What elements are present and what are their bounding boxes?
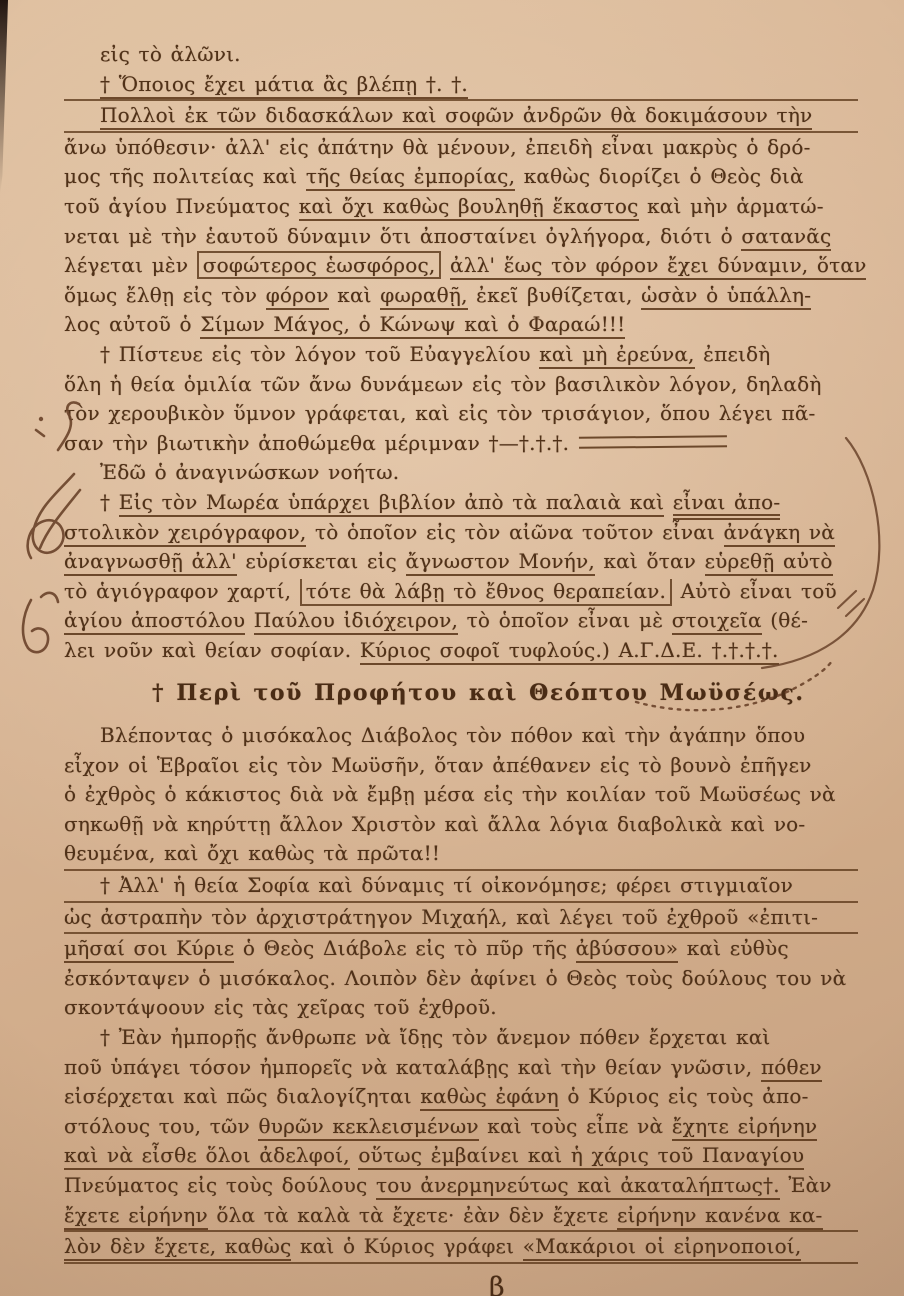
text-segment: Αὐτὸ εἶναι τοῦ (672, 579, 837, 603)
section-heading: † Περὶ τοῦ Προφήτου καὶ Θεόπτου Μωϋσέως. (64, 679, 858, 709)
annotated-text-segment: καὶ μὴ ἐρεύνα, (539, 342, 694, 369)
text-segment: τὸ ὁποῖον εἶναι μὲ (458, 608, 672, 632)
annotated-text-segment: του ἀνερμηνεύτως καὶ ἀκαταλήπτως†. (376, 1173, 780, 1200)
annotated-text-segment: στοιχεῖα (672, 608, 762, 635)
text-line: λος αὐτοῦ ὁ Σίμων Μάγος, ὁ Κώνωψ καὶ ὁ Φ… (64, 310, 858, 340)
text-segment: ὅλα τὰ καλὰ τὰ ἔχετε· ἐὰν δὲν ἔχετε (208, 1203, 617, 1227)
annotated-text-segment: Σίμων Μάγος, ὁ Κώνωψ καὶ ὁ Φαραώ!!! (200, 312, 625, 339)
text-segment: εἰς τὸ ἁλῶνι. (100, 42, 241, 66)
text-segment: (θέ- (762, 608, 808, 632)
text-line: νεται μὲ τὴν ἑαυτοῦ δύναμιν ὅτι ἀποσταίν… (64, 222, 858, 252)
text-line: θευμένα, καὶ ὄχι καθὼς τὰ πρῶτα!! (64, 839, 858, 869)
text-line: † Ὅποιος ἔχει μάτια ἂς βλέπῃ †. †. (64, 70, 858, 102)
text-segment: Ἐὰν (780, 1173, 832, 1197)
text-segment: εἶχον οἱ Ἑβραῖοι εἰς τὸν Μωϋσῆν, ὅταν ἀπ… (64, 753, 812, 777)
text-line: λὸν δὲν ἔχετε, καθὼς καὶ ὁ Κύριος γράφει… (64, 1232, 858, 1264)
text-line: † Ἐὰν ἠμπορῇς ἄνθρωπε νὰ ἴδῃς τὸν ἄνεμον… (64, 1023, 858, 1053)
text-segment: νεται μὲ τὴν ἑαυτοῦ δύναμιν ὅτι ἀποσταίν… (64, 224, 741, 248)
text-line: ἄνω ὑπόθεσιν· ἀλλ' εἰς ἀπάτην θὰ μένουν,… (64, 133, 858, 163)
text-segment: ὁ ἐχθρὸς ὁ κάκιστος διὰ νὰ ἔμβῃ μέσα εἰς… (64, 782, 836, 806)
annotated-text-segment: φωραθῇ, (380, 283, 467, 310)
text-segment (441, 253, 450, 277)
annotated-text-segment: λὸν δὲν ἔχετε, καθὼς (64, 1234, 291, 1261)
annotated-text-segment: εὑρεθῇ αὐτὸ (705, 549, 833, 576)
text-line: Πολλοὶ ἐκ τῶν διδασκάλων καὶ σοφῶν ἀνδρῶ… (64, 101, 858, 133)
text-line: σκοντάψοουν εἰς τὰς χεῖρας τοῦ ἐχθροῦ. (64, 993, 858, 1023)
text-segment: τὸν χερουβικὸν ὕμνον γράφεται, καὶ εἰς τ… (64, 401, 816, 425)
text-line: † Εἰς τὸν Μωρέα ὑπάρχει βιβλίον ἀπὸ τὰ π… (64, 488, 858, 518)
annotated-text-segment: ἔχητε εἰρήνην (672, 1114, 817, 1141)
text-segment: Ἐδῶ ὁ ἀναγινώσκων νοήτω. (100, 460, 399, 484)
text-segment: μος τῆς πολιτείας καὶ (64, 164, 306, 188)
annotated-text-segment: τότε θὰ λάβῃ τὸ ἔθνος θεραπείαν. (300, 579, 672, 606)
text-segment: εἰσέρχεται καὶ πῶς διαλογίζηται (64, 1084, 420, 1108)
text-segment: ποῦ ὑπάγει τόσον ἠμπορεῖς νὰ καταλάβῃς κ… (64, 1055, 761, 1079)
text-line: ὡς ἀστραπὴν τὸν ἀρχιστράτηγον Μιχαήλ, κα… (64, 903, 858, 935)
annotated-text-segment: φόρον (266, 283, 329, 310)
text-segment: τὸ ὁποῖον εἰς τὸν αἰῶνα τοῦτον εἶναι (306, 520, 723, 544)
annotated-text-segment: εἰρήνην κανένα κα- (617, 1203, 823, 1230)
annotated-text-segment: Πολλοὶ ἐκ τῶν διδασκάλων καὶ σοφῶν ἀνδρῶ… (100, 103, 812, 130)
text-segment: ἐκεῖ βυθίζεται, (468, 283, 641, 307)
annotated-text-segment: ἄγνωστον Μονήν, (406, 549, 595, 576)
text-line: † Πίστευε εἰς τὸν λόγον τοῦ Εὐαγγελίου κ… (64, 340, 858, 370)
text-segment: ὅμως ἔλθῃ εἰς τὸν (64, 283, 266, 307)
annotated-text-segment: «Μακάριοι οἱ εἰρηνοποιοί, (523, 1234, 802, 1261)
text-line: λει νοῦν καὶ θείαν σοφίαν. Κύριος σοφοῖ … (64, 636, 858, 666)
text-segment: ἐπειδὴ (695, 342, 771, 366)
text-segment: τὸ ἁγιόγραφον χαρτί, (64, 579, 300, 603)
text-segment: καὶ τοὺς εἶπε νὰ (479, 1114, 672, 1138)
annotated-text-segment: ὡσὰν ὁ ὑπάλλη- (641, 283, 811, 310)
text-segment: καὶ ὁ Κύριος γράφει (291, 1234, 522, 1258)
annotated-text-segment: ἀνάγκη νὰ (724, 520, 835, 547)
text-segment: εὑρίσκεται εἰς (237, 549, 406, 573)
text-segment: καὶ μὴν ἁρματώ- (639, 194, 824, 218)
text-line: ὅμως ἔλθῃ εἰς τὸν φόρον καὶ φωραθῇ, ἐκεῖ… (64, 281, 858, 311)
annotated-text-segment: Εἰς τὸν Μωρέα ὑπάρχει βιβλίον ἀπὸ τὰ παλ… (119, 490, 664, 517)
text-line: ὁ ἐχθρὸς ὁ κάκιστος διὰ νὰ ἔμβῃ μέσα εἰς… (64, 780, 858, 810)
text-segment: † Ἐὰν ἠμπορῇς ἄνθρωπε νὰ ἴδῃς τὸν ἄνεμον… (100, 1025, 770, 1049)
text-line: Πνεύματος εἰς τοὺς δούλους του ἀνερμηνεύ… (64, 1171, 858, 1201)
text-segment: λος αὐτοῦ ὁ (64, 312, 200, 336)
text-line: εἰσέρχεται καὶ πῶς διαλογίζηται καθὼς ἐφ… (64, 1082, 858, 1112)
text-segment: ὁ Κύριος εἰς τοὺς ἀπο- (559, 1084, 809, 1108)
text-segment: Πνεύματος εἰς τοὺς δούλους (64, 1173, 376, 1197)
text-segment: † Ἀλλ' ἡ θεία Σοφία καὶ δύναμις τί οἰκον… (100, 873, 793, 897)
text-line: ἔχετε εἰρήνην ὅλα τὰ καλὰ τὰ ἔχετε· ἐὰν … (64, 1201, 858, 1233)
text-line: εἶχον οἱ Ἑβραῖοι εἰς τὸν Μωϋσῆν, ὅταν ἀπ… (64, 751, 858, 781)
annotated-text-segment: ἀλλ' ἕως τὸν φόρον ἔχει δύναμιν, ὅταν (450, 253, 866, 280)
annotated-text-segment: στολικὸν χειρόγραφον, (64, 520, 306, 547)
text-segment: καθὼς διορίζει ὁ Θεὸς διὰ (515, 164, 804, 188)
text-segment: λέγεται μὲν (64, 253, 197, 277)
text-line: στόλους του, τῶν θυρῶν κεκλεισμένων καὶ … (64, 1112, 858, 1142)
text-segment: ἄνω ὑπόθεσιν· ἀλλ' εἰς ἀπάτην θὰ μένουν,… (64, 135, 811, 159)
text-segment: † Πίστευε εἰς τὸν λόγον τοῦ Εὐαγγελίου (100, 342, 539, 366)
annotated-text-segment: Παύλου ἰδιόχειρον, (254, 608, 458, 635)
annotated-text-segment: Κύριος σοφοῖ τυφλούς.) Α.Γ.Δ.Ε. †.†.†.†. (360, 638, 779, 665)
annotated-text-segment: ἀναγνωσθῇ ἀλλ' (64, 549, 237, 576)
annotated-text-segment: ἀβύσσου» (576, 936, 679, 963)
text-segment: καὶ ὅταν (595, 549, 705, 573)
annotated-text-segment: σατανᾶς (741, 224, 831, 251)
annotated-text-segment: πόθεν (761, 1055, 822, 1082)
text-block: εἰς τὸ ἁλῶνι.† Ὅποιος ἔχει μάτια ἂς βλέπ… (0, 0, 904, 1296)
annotated-text-segment: μῆσαί σοι Κύριε (64, 936, 234, 963)
text-line: μος τῆς πολιτείας καὶ τῆς θείας ἐμπορίας… (64, 162, 858, 192)
text-line: σηκωθῇ νὰ κηρύττῃ ἄλλον Χριστὸν καὶ ἄλλα… (64, 810, 858, 840)
annotated-text-segment: † Ὅποιος ἔχει μάτια ἂς βλέπῃ †. †. (100, 72, 468, 99)
text-segment: ἐσκόνταψεν ὁ μισόκαλος. Λοιπὸν δὲν ἀφίνε… (64, 966, 846, 990)
text-segment: ὅλη ἡ θεία ὁμιλία τῶν ἄνω δυνάμεων εἰς τ… (64, 372, 822, 396)
annotated-text-segment: ἔχετε εἰρήνην (64, 1203, 208, 1230)
annotated-text-segment: θυρῶν κεκλεισμένων (258, 1114, 478, 1141)
text-segment: ὡς ἀστραπὴν τὸν ἀρχιστράτηγον Μιχαήλ, κα… (64, 905, 818, 929)
text-line: καὶ νὰ εἶσθε ὅλοι ἀδελφοί, οὕτως ἐμβαίνε… (64, 1141, 858, 1171)
text-line: † Ἀλλ' ἡ θεία Σοφία καὶ δύναμις τί οἰκον… (64, 869, 858, 903)
annotated-text-segment: εἶναι ἀπο- (673, 490, 781, 520)
annotated-text-segment: σοφώτερος ἑωσφόρος, (197, 251, 442, 279)
double-underline-mark (579, 435, 727, 449)
text-line: τὸν χερουβικὸν ὕμνον γράφεται, καὶ εἰς τ… (64, 399, 858, 429)
text-segment: σηκωθῇ νὰ κηρύττῃ ἄλλον Χριστὸν καὶ ἄλλα… (64, 812, 805, 836)
text-segment (245, 608, 254, 632)
photographed-document-page: { "page": { "language": "Greek (polytoni… (0, 0, 904, 1296)
text-line: ἁγίου ἀποστόλου Παύλου ἰδιόχειρον, τὸ ὁπ… (64, 606, 858, 636)
text-line: ἐσκόνταψεν ὁ μισόκαλος. Λοιπὸν δὲν ἀφίνε… (64, 964, 858, 994)
text-segment: καὶ εὐθὺς (678, 936, 788, 960)
text-segment: στόλους του, τῶν (64, 1114, 258, 1138)
text-line: τοῦ ἁγίου Πνεύματος καὶ ὄχι καθὼς βουληθ… (64, 192, 858, 222)
text-line: λέγεται μὲν σοφώτερος ἑωσφόρος, ἀλλ' ἕως… (64, 251, 858, 281)
text-line: ὅλη ἡ θεία ὁμιλία τῶν ἄνω δυνάμεων εἰς τ… (64, 370, 858, 400)
text-segment (664, 490, 673, 514)
text-segment: καὶ (329, 283, 381, 307)
text-segment: σκοντάψοουν εἰς τὰς χεῖρας τοῦ ἐχθροῦ. (64, 995, 497, 1019)
text-segment: λει νοῦν καὶ θείαν σοφίαν. (64, 638, 360, 662)
text-line: εἰς τὸ ἁλῶνι. (64, 40, 858, 70)
page-signature-mark: β (489, 1272, 505, 1296)
annotated-text-segment: ἁγίου ἀποστόλου (64, 608, 245, 635)
text-line: Ἐδῶ ὁ ἀναγινώσκων νοήτω. (64, 458, 858, 488)
annotated-text-segment: καθὼς ἐφάνη (420, 1084, 559, 1111)
text-segment: τοῦ ἁγίου Πνεύματος (64, 194, 299, 218)
annotated-text-segment: καὶ νὰ εἶσθε ὅλοι ἀδελφοί, (64, 1143, 350, 1170)
text-line: ἀναγνωσθῇ ἀλλ' εὑρίσκεται εἰς ἄγνωστον Μ… (64, 547, 858, 577)
text-segment: † (100, 490, 119, 514)
text-segment: ὁ Θεὸς Διάβολε εἰς τὸ πῦρ τῆς (234, 936, 575, 960)
text-line: τὸ ἁγιόγραφον χαρτί, τότε θὰ λάβῃ τὸ ἔθν… (64, 577, 858, 607)
text-segment: † Περὶ τοῦ Προφήτου καὶ Θεόπτου Μωϋσέως. (152, 680, 805, 706)
text-line: στολικὸν χειρόγραφον, τὸ ὁποῖον εἰς τὸν … (64, 518, 858, 548)
text-line: Βλέποντας ὁ μισόκαλος Διάβολος τὸν πόθον… (64, 721, 858, 751)
annotated-text-segment: καὶ ὄχι καθὼς βουληθῇ ἕκαστος (299, 194, 639, 221)
text-segment: Βλέποντας ὁ μισόκαλος Διάβολος τὸν πόθον… (100, 723, 805, 747)
text-segment: σαν τὴν βιωτικὴν ἀποθώμεθα μέριμναν †—†.… (64, 431, 569, 455)
text-segment: θευμένα, καὶ ὄχι καθὼς τὰ πρῶτα!! (64, 841, 440, 865)
text-line: ποῦ ὑπάγει τόσον ἠμπορεῖς νὰ καταλάβῃς κ… (64, 1053, 858, 1083)
text-line: σαν τὴν βιωτικὴν ἀποθώμεθα μέριμναν †—†.… (64, 429, 858, 459)
text-line: μῆσαί σοι Κύριε ὁ Θεὸς Διάβολε εἰς τὸ πῦ… (64, 934, 858, 964)
annotated-text-segment: οὕτως ἐμβαίνει καὶ ἡ χάρις τοῦ Παναγίου (358, 1143, 804, 1170)
annotated-text-segment: τῆς θείας ἐμπορίας, (306, 164, 515, 191)
